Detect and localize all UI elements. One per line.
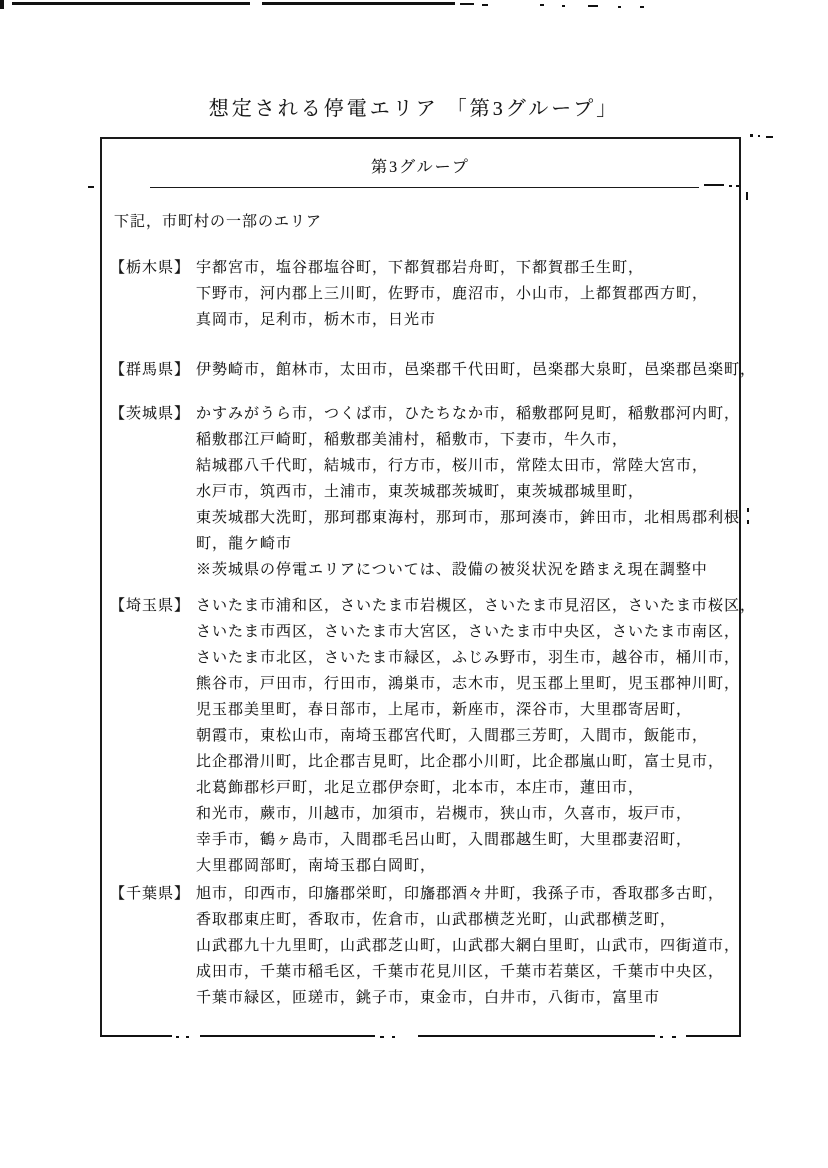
section-lines: 旭市，印西市，印旛郡栄町，印旛郡酒々井町，我孫子市，香取郡多古町，香取郡東庄町，…	[196, 881, 739, 1011]
prefecture-label: 【千葉県】	[102, 881, 196, 907]
scan-artifact-left-dots	[88, 186, 94, 188]
scanned-document-page: 想定される停電エリア 「第3グループ」 第3グループ 下記，市町村の一部のエリア…	[0, 0, 828, 1168]
municipality-line: さいたま市浦和区，さいたま市岩槻区，さいたま市見沼区，さいたま市桜区，	[196, 593, 739, 619]
municipality-line: さいたま市北区，さいたま市緑区，ふじみ野市，羽生市，越谷市，桶川市，	[196, 645, 739, 671]
municipality-line: 水戸市，筑西市，土浦市，東茨城郡茨城町，東茨城郡城里町，	[196, 479, 739, 505]
scan-artifact-top-dash-3	[588, 5, 598, 7]
scan-artifact-rule-right-dash	[766, 136, 773, 138]
content-box: 第3グループ 下記，市町村の一部のエリア 【栃木県】 宇都宮市，塩谷郡塩谷町，下…	[100, 137, 741, 1037]
prefecture-section: 【栃木県】 宇都宮市，塩谷郡塩谷町，下都賀郡岩舟町，下都賀郡壬生町，下野市，河内…	[102, 255, 739, 333]
scan-artifact-top-dot-2	[562, 5, 565, 7]
box-bottom-border-segment-2	[200, 1035, 375, 1037]
box-bottom-border-dot-5	[660, 1036, 663, 1038]
header-rule	[150, 187, 699, 188]
box-bottom-border-dot-1	[176, 1036, 179, 1038]
municipality-line: 真岡市，足利市，栃木市，日光市	[196, 307, 739, 333]
box-bottom-border-dot-6	[672, 1036, 676, 1038]
prefecture-section: 【茨城県】 かすみがうら市，つくば市，ひたちなか市，稲敷郡阿見町，稲敷郡河内町，…	[102, 401, 739, 583]
intro-text: 下記，市町村の一部のエリア	[114, 211, 739, 233]
scan-artifact-top-line-1	[12, 2, 250, 5]
municipality-line: 町，龍ケ崎市	[196, 531, 739, 557]
municipality-line: 大里郡岡部町，南埼玉郡白岡町，	[196, 853, 739, 879]
sections: 【栃木県】 宇都宮市，塩谷郡塩谷町，下都賀郡岩舟町，下都賀郡壬生町，下野市，河内…	[102, 255, 739, 1011]
section-lines: さいたま市浦和区，さいたま市岩槻区，さいたま市見沼区，さいたま市桜区，さいたま市…	[196, 593, 739, 879]
section-lines: かすみがうら市，つくば市，ひたちなか市，稲敷郡阿見町，稲敷郡河内町，稲敷郡江戸崎…	[196, 401, 739, 583]
scan-artifact-rule-right-dot-1	[750, 134, 753, 137]
scan-artifact-right-tick-2	[747, 508, 749, 512]
section-lines: 宇都宮市，塩谷郡塩谷町，下都賀郡岩舟町，下都賀郡壬生町，下野市，河内郡上三川町，…	[196, 255, 739, 333]
scan-artifact-rule-right-dot-2	[758, 135, 760, 137]
municipality-line: かすみがうら市，つくば市，ひたちなか市，稲敷郡阿見町，稲敷郡河内町，	[196, 401, 739, 427]
scan-artifact-corner-mark	[0, 0, 4, 9]
section-lines: 伊勢崎市，館林市，太田市，邑楽郡千代田町，邑楽郡大泉町，邑楽郡邑楽町，	[196, 357, 739, 383]
municipality-line: 北葛飾郡杉戸町，北足立郡伊奈町，北本市，本庄市，蓮田市，	[196, 775, 739, 801]
municipality-line: 山武郡九十九里町，山武郡芝山町，山武郡大網白里町，山武市，四街道市，	[196, 933, 739, 959]
municipality-line: 東茨城郡大洗町，那珂郡東海村，那珂市，那珂湊市，鉾田市，北相馬郡利根	[196, 505, 739, 531]
municipality-line: 香取郡東庄町，香取市，佐倉市，山武郡横芝光町，山武郡横芝町，	[196, 907, 739, 933]
municipality-line: 熊谷市，戸田市，行田市，鴻巣市，志木市，児玉郡上里町，児玉郡神川町，	[196, 671, 739, 697]
scan-artifact-rule2-dot-1	[729, 185, 732, 187]
document-title: 想定される停電エリア 「第3グループ」	[0, 92, 828, 121]
box-bottom-border-dot-3	[380, 1036, 384, 1038]
municipality-line: さいたま市西区，さいたま市大宮区，さいたま市中央区，さいたま市南区，	[196, 619, 739, 645]
municipality-line: 千葉市緑区，匝瑳市，銚子市，東金市，白井市，八街市，富里市	[196, 985, 739, 1011]
scan-artifact-top-dot-4	[640, 6, 644, 8]
prefecture-label: 【群馬県】	[102, 357, 196, 383]
prefecture-label: 【栃木県】	[102, 255, 196, 281]
prefecture-section: 【千葉県】 旭市，印西市，印旛郡栄町，印旛郡酒々井町，我孫子市，香取郡多古町，香…	[102, 881, 739, 1011]
municipality-line: 稲敷郡江戸崎町，稲敷郡美浦村，稲敷市，下妻市，牛久市，	[196, 427, 739, 453]
box-bottom-border-segment-4	[686, 1035, 741, 1037]
municipality-line: 宇都宮市，塩谷郡塩谷町，下都賀郡岩舟町，下都賀郡壬生町，	[196, 255, 739, 281]
scan-artifact-rule2-dot-2	[736, 185, 739, 187]
scan-artifact-top-dot-1	[540, 4, 544, 6]
prefecture-section: 【埼玉県】 さいたま市浦和区，さいたま市岩槻区，さいたま市見沼区，さいたま市桜区…	[102, 593, 739, 879]
municipality-line: ※茨城県の停電エリアについては、設備の被災状況を踏まえ現在調整中	[196, 557, 739, 583]
municipality-line: 比企郡滑川町，比企郡吉見町，比企郡小川町，比企郡嵐山町，富士見市，	[196, 749, 739, 775]
scan-artifact-right-tick-1	[746, 192, 748, 200]
box-bottom-border-dot-4	[392, 1036, 395, 1038]
group-header: 第3グループ	[102, 139, 739, 187]
municipality-line: 成田市，千葉市稲毛区，千葉市花見川区，千葉市若葉区，千葉市中央区，	[196, 959, 739, 985]
municipality-line: 幸手市，鶴ヶ島市，入間郡毛呂山町，入間郡越生町，大里郡妻沼町，	[196, 827, 739, 853]
box-bottom-border-dot-2	[186, 1036, 189, 1038]
municipality-line: 児玉郡美里町，春日部市，上尾市，新座市，深谷市，大里郡寄居町，	[196, 697, 739, 723]
municipality-line: 結城郡八千代町，結城市，行方市，桜川市，常陸太田市，常陸大宮市，	[196, 453, 739, 479]
box-bottom-border-segment-3	[418, 1035, 655, 1037]
municipality-line: 旭市，印西市，印旛郡栄町，印旛郡酒々井町，我孫子市，香取郡多古町，	[196, 881, 739, 907]
scan-artifact-top-dash-2	[482, 4, 488, 6]
scan-artifact-right-tick-3	[747, 520, 749, 524]
scan-artifact-rule2-dash	[704, 184, 724, 186]
municipality-line: 伊勢崎市，館林市，太田市，邑楽郡千代田町，邑楽郡大泉町，邑楽郡邑楽町，	[196, 357, 739, 383]
scan-artifact-top-dash-1	[460, 3, 474, 5]
box-bottom-border-segment-1	[100, 1035, 172, 1037]
scan-artifact-top-dot-3	[618, 6, 621, 8]
prefecture-label: 【埼玉県】	[102, 593, 196, 619]
municipality-line: 和光市，蕨市，川越市，加須市，岩槻市，狭山市，久喜市，坂戸市，	[196, 801, 739, 827]
scan-artifact-top-line-2	[262, 2, 455, 5]
municipality-line: 朝霞市，東松山市，南埼玉郡宮代町，入間郡三芳町，入間市，飯能市，	[196, 723, 739, 749]
municipality-line: 下野市，河内郡上三川町，佐野市，鹿沼市，小山市，上都賀郡西方町，	[196, 281, 739, 307]
prefecture-section: 【群馬県】 伊勢崎市，館林市，太田市，邑楽郡千代田町，邑楽郡大泉町，邑楽郡邑楽町…	[102, 357, 739, 383]
prefecture-label: 【茨城県】	[102, 401, 196, 427]
